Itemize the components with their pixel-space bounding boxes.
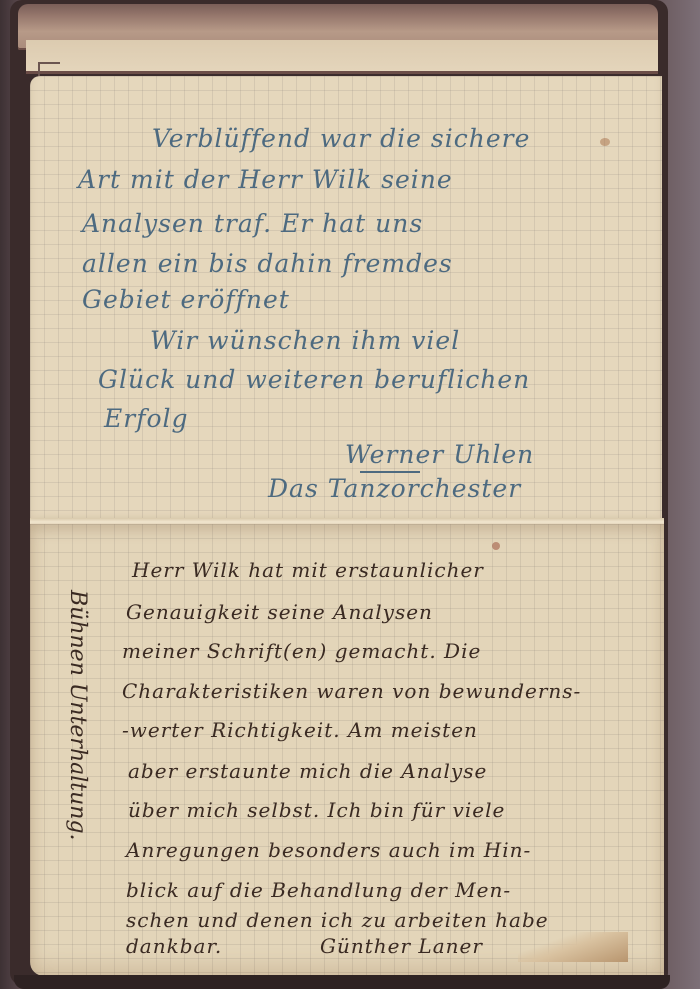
bottom-line-7: über mich selbst. Ich bin für viele — [128, 798, 505, 822]
margin-note: Bühnen Unterhaltung. — [65, 590, 90, 841]
bottom-line-9: blick auf die Behandlung der Men- — [126, 878, 511, 902]
signature-stroke — [360, 471, 420, 473]
bottom-line-2: Genauigkeit seine Analysen — [126, 600, 433, 624]
bottom-line-3: meiner Schrift(en) gemacht. Die — [122, 639, 481, 663]
ink-stain — [600, 138, 610, 146]
top-line-6: Wir wünschen ihm viel — [150, 326, 460, 355]
top-line-2: Art mit der Herr Wilk seine — [78, 165, 453, 194]
bottom-line-1: Herr Wilk hat mit erstaunlicher — [132, 558, 484, 582]
bottom-line-8: Anregungen besonders auch im Hin- — [126, 838, 531, 862]
page-strip — [26, 40, 658, 74]
bottom-line-11: dankbar. — [126, 934, 222, 958]
bottom-line-4: Charakteristiken waren von bewunderns- — [122, 679, 581, 703]
bottom-page: Herr Wilk hat mit erstaunlicher Genauigk… — [30, 524, 664, 976]
bottom-line-5: -werter Richtigkeit. Am meisten — [122, 718, 478, 742]
torn-corner — [518, 932, 628, 962]
bottom-line-6: aber erstaunte mich die Analyse — [128, 759, 487, 783]
top-line-3: Analysen traf. Er hat uns — [82, 209, 423, 238]
cover-bottom-edge — [14, 975, 670, 989]
top-signature: Werner Uhlen — [345, 440, 534, 469]
top-line-4: allen ein bis dahin fremdes — [82, 249, 453, 278]
top-signature-subtitle: Das Tanzorchester — [268, 474, 521, 503]
bottom-line-10: schen und denen ich zu arbeiten habe — [126, 908, 549, 932]
top-line-7: Glück und weiteren beruflichen — [98, 365, 530, 394]
bottom-signature: Günther Laner — [320, 934, 483, 958]
top-page: Verblüffend war die sichere Art mit der … — [30, 76, 662, 522]
top-line-5: Gebiet eröffnet — [82, 285, 290, 314]
ink-stain — [492, 542, 500, 550]
top-line-8: Erfolg — [104, 404, 189, 433]
top-line-1: Verblüffend war die sichere — [152, 124, 530, 153]
